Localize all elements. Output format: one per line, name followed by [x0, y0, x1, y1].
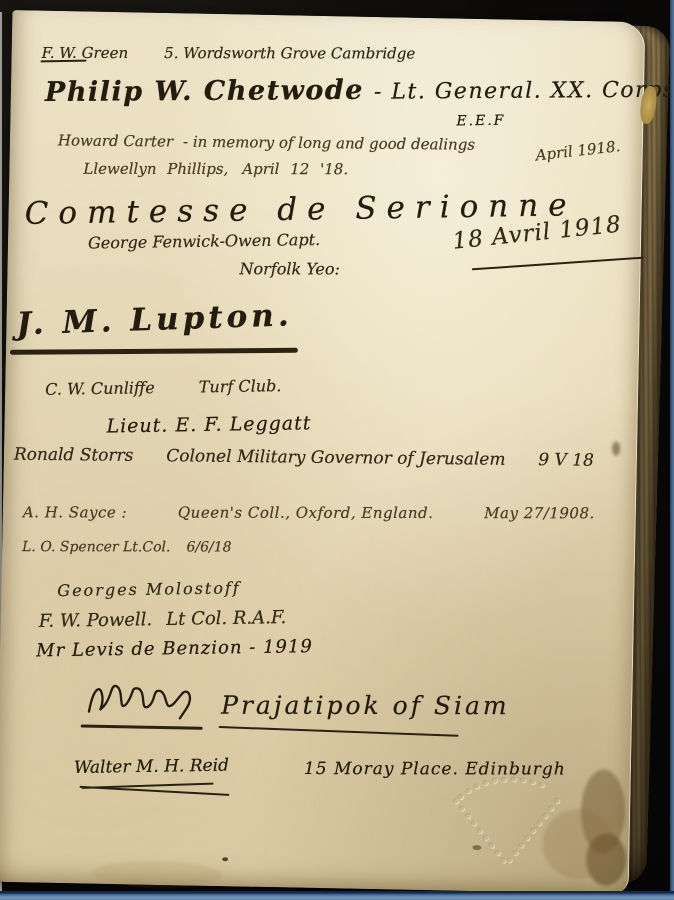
entry-cunliffe: C. W. Cunliffe Turf Club.: [45, 376, 281, 399]
window-frame-right: [670, 0, 674, 900]
entry-phillips: Llewellyn Phillips, April 12 '18.: [83, 160, 348, 178]
entry-reid: Walter M. H. Reid: [74, 756, 229, 778]
signature-date: 6/6/18: [186, 539, 231, 555]
ink-speck: [222, 857, 228, 861]
signature-date: April 1918.: [535, 137, 621, 164]
signature-line: Howard Carter - in memory of long and go…: [58, 131, 475, 153]
signature-name: F. W. Powell.: [39, 609, 153, 632]
entry-fenwick-owen: George Fenwick-Owen Capt.: [88, 230, 320, 253]
signature-date: April 12 '18.: [242, 160, 348, 178]
signature-title: - Lt. General. XX. Corps.: [374, 78, 674, 105]
signature-thick-underline: [10, 348, 298, 355]
signature-underline: [219, 726, 459, 737]
signature-name: Howard Carter: [58, 131, 173, 150]
signature-club: Turf Club.: [199, 376, 282, 396]
entry-green: F. W. Green 5. Wordsworth Grove Cambridg…: [42, 44, 416, 63]
entry-benzion: Mr Levis de Benzion - 1919: [36, 636, 313, 661]
underline-flourish: [472, 257, 644, 270]
photo-background: F. W. Green 5. Wordsworth Grove Cambridg…: [0, 0, 674, 900]
underline-flourish: [80, 786, 230, 796]
window-frame-bottom: [0, 891, 674, 900]
entry-lupton: J. M. Lupton.: [16, 297, 293, 342]
entry-spencer: L. O. Spencer Lt.Col. 6/6/18: [22, 539, 231, 555]
signature-affiliation: Queen's Coll., Oxford, England.: [178, 504, 434, 522]
ink-speck: [612, 442, 620, 456]
signature-name: Philip W. Chetwode: [45, 75, 364, 108]
signature-note: - in memory of long and good dealings: [183, 133, 475, 154]
signature-date: 9 V 18: [538, 450, 594, 471]
page-stain: [92, 860, 222, 888]
ink-speck: [472, 845, 481, 850]
signature-title: Colonel Military Governor of Jerusalem: [166, 446, 505, 470]
signature-date: - 1919: [249, 636, 313, 658]
entry-carter: Howard Carter - in memory of long and go…: [58, 131, 620, 155]
entry-leggatt: Lieut. E. F. Leggatt: [106, 412, 311, 437]
signature-name: L. O. Spencer Lt.Col.: [22, 539, 170, 555]
entry-storrs: Ronald Storrs Colonel Military Governor …: [14, 445, 594, 471]
entry-sayce: A. H. Sayce : Queen's Coll., Oxford, Eng…: [23, 503, 595, 522]
thai-script-signature: [83, 675, 210, 725]
signature-address: 5. Wordsworth Grove Cambridge: [164, 44, 415, 62]
entry-molostoff: Georges Molostoff: [57, 578, 241, 600]
signature-name: Llewellyn Phillips,: [83, 160, 228, 178]
signature-unit: E.E.F: [456, 113, 505, 130]
entry-chetwode: Philip W. Chetwode - Lt. General. XX. Co…: [45, 73, 674, 108]
signature-unit: Lt Col. R.A.F.: [166, 607, 286, 630]
signature-unit: Norfolk Yeo:: [239, 259, 339, 278]
entry-prajadhipok: Prajatipok of Siam: [221, 691, 510, 721]
signature-name: C. W. Cunliffe: [45, 378, 155, 399]
entry-powell: F. W. Powell. Lt Col. R.A.F.: [39, 607, 287, 632]
signature-name: Mr Levis de Benzion: [36, 637, 243, 661]
guestbook-page: F. W. Green 5. Wordsworth Grove Cambridg…: [0, 10, 645, 894]
signature-date: May 27/1908.: [484, 504, 595, 522]
signature-name: Ronald Storrs: [14, 445, 134, 466]
signature-name: A. H. Sayce :: [23, 503, 127, 521]
